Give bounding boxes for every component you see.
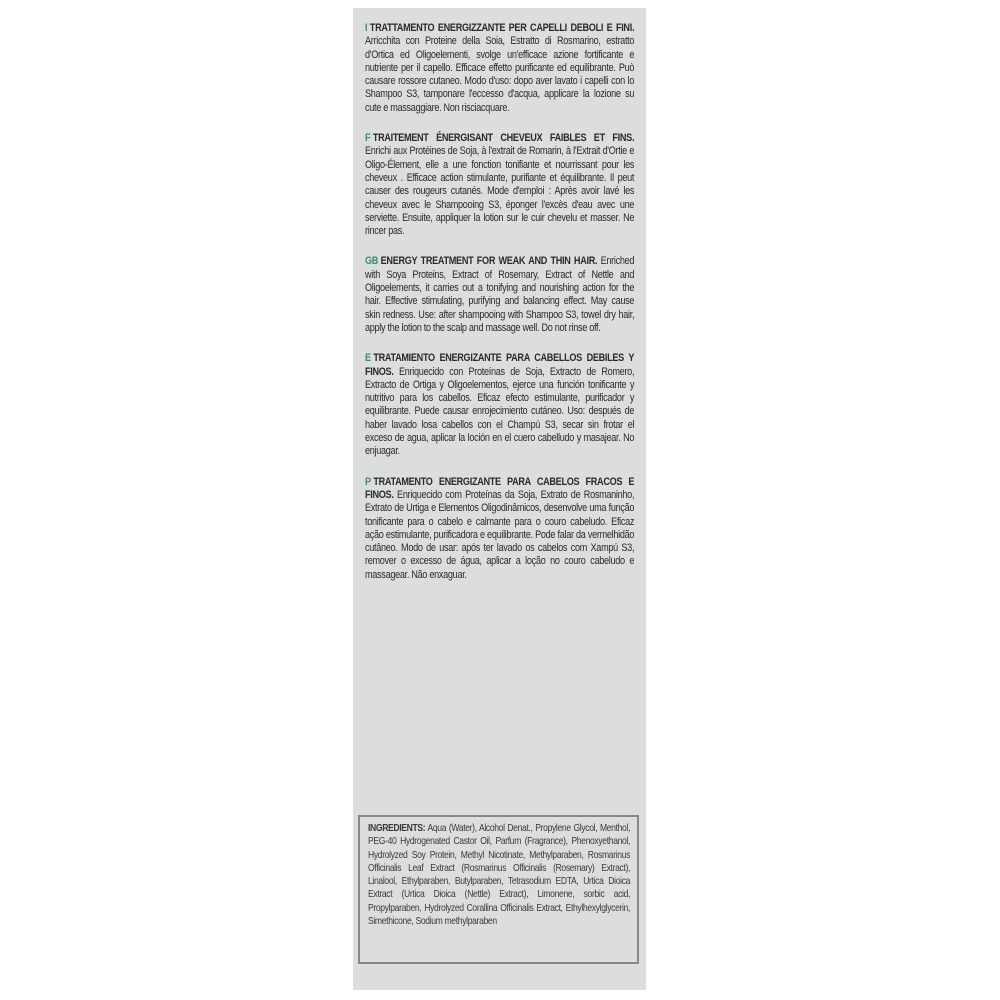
section-body: Arricchita con Proteine della Soia, Estr… <box>365 35 634 113</box>
section-heading: TRATTAMENTO ENERGIZZANTE PER CAPELLI DEB… <box>370 22 634 34</box>
section-body: Enriquecido com Proteínas da Soja, Extra… <box>365 489 634 581</box>
language-code-fr: F <box>365 132 370 144</box>
product-label-panel: ITRATTAMENTO ENERGIZZANTE PER CAPELLI DE… <box>353 8 646 990</box>
section-spanish: ETRATAMIENTO ENERGIZANTE PARA CABELLOS D… <box>365 352 634 458</box>
section-italian: ITRATTAMENTO ENERGIZZANTE PER CAPELLI DE… <box>365 22 634 115</box>
ingredients-list: INGREDIENTS: Aqua (Water), Alcohol Denat… <box>368 822 630 928</box>
language-code-it: I <box>365 22 367 34</box>
ingredients-text: Aqua (Water), Alcohol Denat., Propylene … <box>368 823 630 927</box>
language-code-gb: GB <box>365 255 378 267</box>
section-body: Enrichi aux Protéines de Soja, à l'extra… <box>365 145 634 237</box>
section-body: Enriquecido con Proteínas de Soja, Extra… <box>365 366 634 458</box>
ingredients-box: INGREDIENTS: Aqua (Water), Alcohol Denat… <box>358 815 639 964</box>
section-french: FTRAITEMENT ÉNERGISANT CHEVEUX FAIBLES E… <box>365 132 634 238</box>
language-code-es: E <box>365 352 371 364</box>
label-text-content: ITRATTAMENTO ENERGIZZANTE PER CAPELLI DE… <box>365 22 634 599</box>
section-heading: TRAITEMENT ÉNERGISANT CHEVEUX FAIBLES ET… <box>373 132 634 144</box>
language-code-pt: P <box>365 476 371 488</box>
section-english: GBENERGY TREATMENT FOR WEAK AND THIN HAI… <box>365 255 634 335</box>
ingredients-label: INGREDIENTS: <box>368 823 425 834</box>
section-portuguese: PTRATAMENTO ENERGIZANTE PARA CABELOS FRA… <box>365 476 634 582</box>
section-heading: ENERGY TREATMENT FOR WEAK AND THIN HAIR. <box>381 255 598 267</box>
